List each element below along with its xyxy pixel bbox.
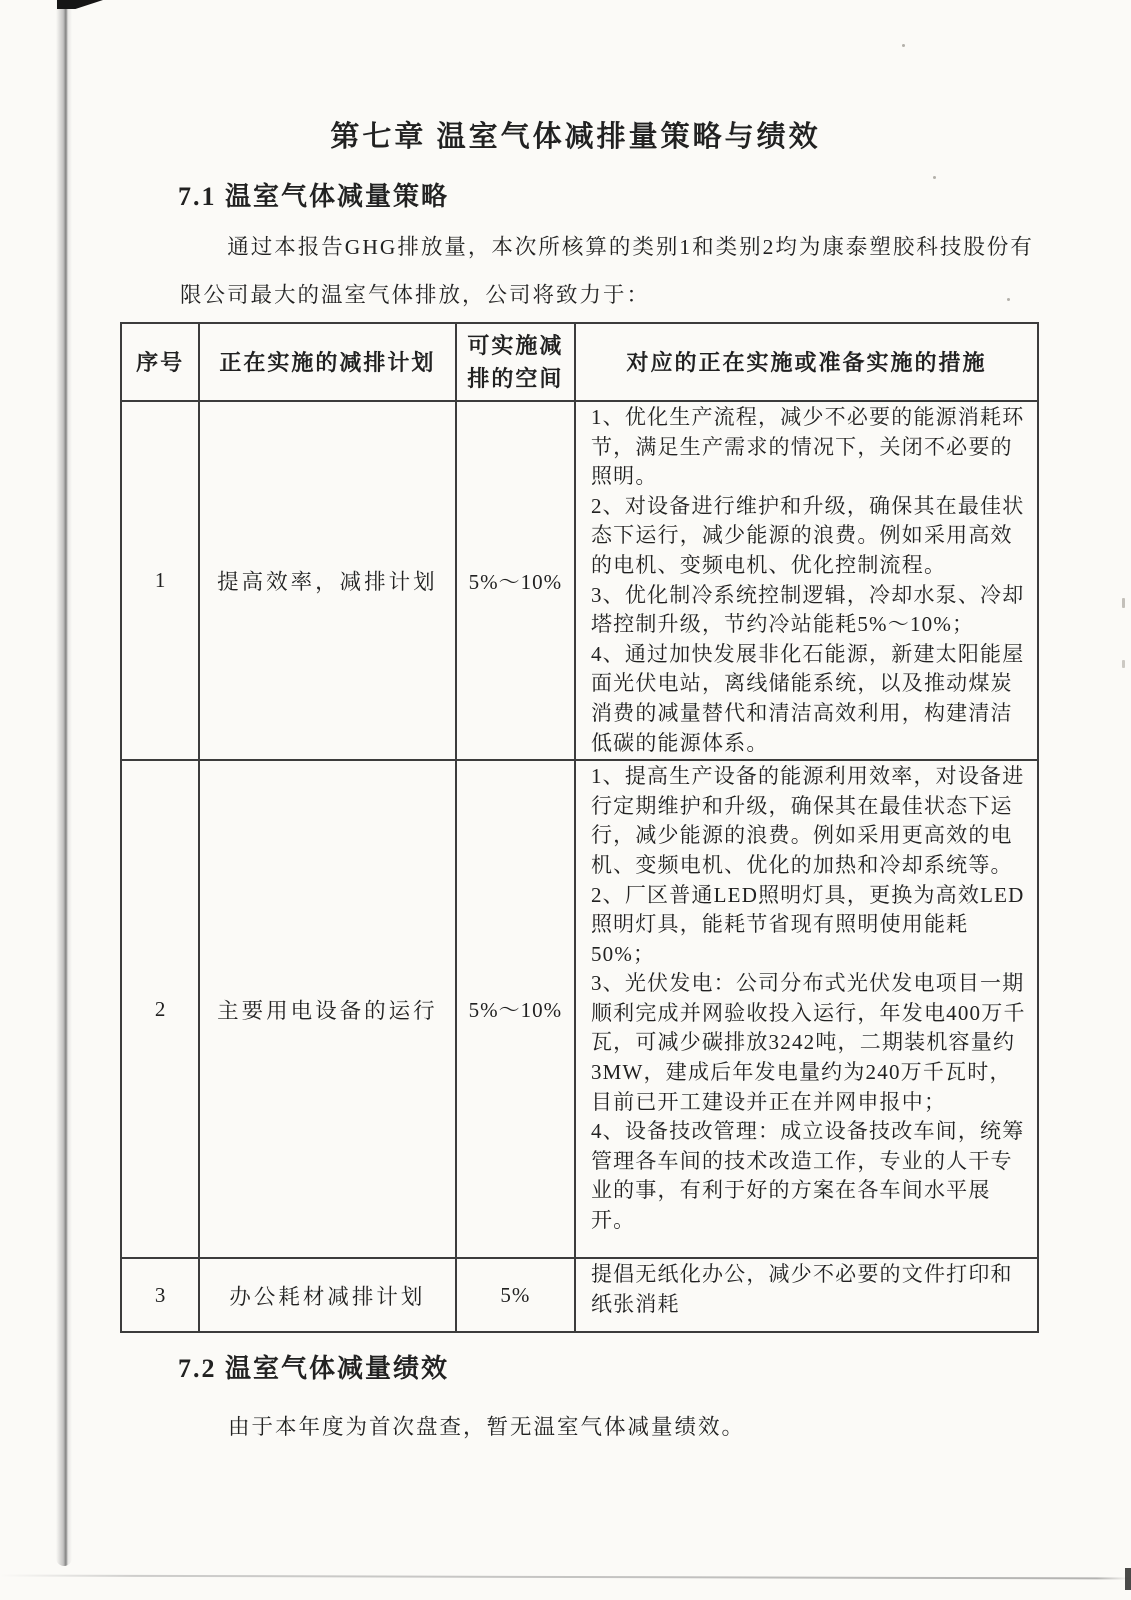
scan-edge-artifact xyxy=(56,0,72,1566)
cell-space: 5%～10% xyxy=(456,760,575,1258)
cell-no: 3 xyxy=(121,1258,199,1332)
cell-space: 5%～10% xyxy=(456,401,575,760)
cell-plan: 主要用电设备的运行 xyxy=(199,760,456,1258)
table-row: 2 主要用电设备的运行 5%～10% 1、提高生产设备的能源利用效率，对设备进行… xyxy=(121,760,1038,1258)
col-header-plan: 正在实施的减排计划 xyxy=(199,323,456,401)
measure-item: 2、厂区普通LED照明灯具，更换为高效LED照明灯具，能耗节省现有照明使用能耗5… xyxy=(591,881,1031,970)
cell-space: 5% xyxy=(456,1258,575,1332)
col-header-space: 可实施减排的空间 xyxy=(456,323,575,401)
measure-item: 3、优化制冷系统控制逻辑，冷却水泵、冷却塔控制升级，节约冷站能耗5%～10%； xyxy=(591,581,1031,640)
measure-item: 提倡无纸化办公，减少不必要的文件打印和纸张消耗 xyxy=(591,1260,1031,1319)
paper-speck xyxy=(1122,598,1125,608)
cell-measures: 1、提高生产设备的能源利用效率，对设备进行定期维护和升级，确保其在最佳状态下运行… xyxy=(575,760,1038,1258)
paper-speck xyxy=(902,44,905,47)
scan-bottom-tick xyxy=(1125,1568,1131,1590)
col-header-measures: 对应的正在实施或准备实施的措施 xyxy=(575,323,1038,401)
measure-item: 3、光伏发电：公司分布式光伏发电项目一期顺利完成并网验收投入运行，年发电400万… xyxy=(591,969,1031,1117)
scan-corner-wedge xyxy=(57,0,103,9)
col-header-no: 序号 xyxy=(121,323,199,401)
scan-bottom-line xyxy=(0,1575,1131,1580)
paper-speck xyxy=(1122,660,1125,668)
cell-plan: 提高效率，减排计划 xyxy=(199,401,456,760)
paper-speck xyxy=(933,176,936,179)
reduction-plan-table: 序号 正在实施的减排计划 可实施减排的空间 对应的正在实施或准备实施的措施 1 … xyxy=(120,322,1039,1333)
table-row: 3 办公耗材减排计划 5% 提倡无纸化办公，减少不必要的文件打印和纸张消耗 xyxy=(121,1258,1038,1332)
table-header-row: 序号 正在实施的减排计划 可实施减排的空间 对应的正在实施或准备实施的措施 xyxy=(121,323,1038,401)
cell-plan: 办公耗材减排计划 xyxy=(199,1258,456,1332)
section-7-1-heading: 7.1 温室气体减量策略 xyxy=(178,176,449,213)
cell-measures: 提倡无纸化办公，减少不必要的文件打印和纸张消耗 xyxy=(575,1258,1038,1332)
cell-no: 1 xyxy=(121,401,199,760)
outro-paragraph: 由于本年度为首次盘查，暂无温室气体减量绩效。 xyxy=(228,1410,1028,1441)
section-7-2-heading: 7.2 温室气体减量绩效 xyxy=(178,1348,449,1385)
measure-item: 4、通过加快发展非化石能源，新建太阳能屋面光伏电站，离线储能系统，以及推动煤炭消… xyxy=(591,640,1031,758)
intro-paragraph: 通过本报告GHG排放量，本次所核算的类别1和类别2均为康泰塑胶科技股份有限公司最… xyxy=(180,224,1036,319)
chapter-title: 第七章 温室气体减排量策略与绩效 xyxy=(20,114,1131,155)
cell-measures: 1、优化生产流程，减少不必要的能源消耗环节，满足生产需求的情况下，关闭不必要的照… xyxy=(575,401,1038,760)
measure-item: 1、提高生产设备的能源利用效率，对设备进行定期维护和升级，确保其在最佳状态下运行… xyxy=(591,762,1031,880)
cell-no: 2 xyxy=(121,760,199,1258)
table-row: 1 提高效率，减排计划 5%～10% 1、优化生产流程，减少不必要的能源消耗环节… xyxy=(121,401,1038,760)
measure-item: 1、优化生产流程，减少不必要的能源消耗环节，满足生产需求的情况下，关闭不必要的照… xyxy=(591,403,1031,492)
measure-item: 2、对设备进行维护和升级，确保其在最佳状态下运行，减少能源的浪费。例如采用高效的… xyxy=(591,492,1031,581)
measure-item: 4、设备技改管理：成立设备技改车间，统筹管理各车间的技术改造工作，专业的人干专业… xyxy=(591,1117,1031,1235)
